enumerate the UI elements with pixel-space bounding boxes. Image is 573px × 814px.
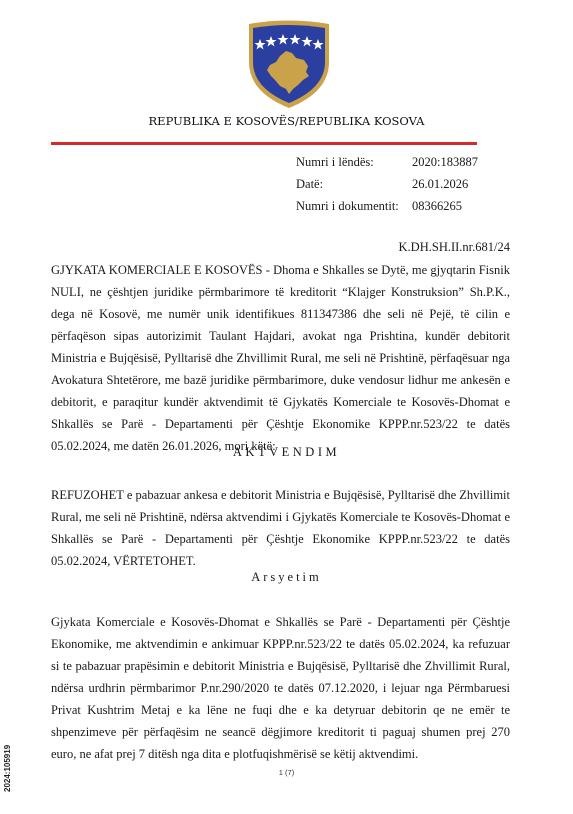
side-document-stamp: 2024:105919	[3, 745, 12, 792]
document-number-label: Numri i dokumentit:	[296, 199, 412, 221]
date-row: Datë: 26.01.2026	[296, 177, 478, 199]
date-label: Datë:	[296, 177, 412, 199]
reasoning-heading: Arsyetim	[0, 570, 573, 585]
case-metadata: Numri i lëndës: 2020:183887 Datë: 26.01.…	[296, 155, 478, 221]
republic-header-title: REPUBLIKA E KOSOVËS/REPUBLIKA KOSOVA	[0, 114, 573, 128]
page-number: 1 (7)	[0, 768, 573, 777]
document-number-value: 08366265	[412, 199, 462, 221]
reasoning-paragraph: Gjykata Komerciale e Kosovës-Dhomat e Sh…	[51, 611, 510, 765]
decision-paragraph: REFUZOHET e pabazuar ankesa e debitorit …	[51, 484, 510, 572]
case-number-value: 2020:183887	[412, 155, 478, 177]
date-value: 26.01.2026	[412, 177, 468, 199]
document-number-row: Numri i dokumentit: 08366265	[296, 199, 478, 221]
case-reference: K.DH.SH.II.nr.681/24	[399, 240, 510, 255]
header-divider	[51, 142, 477, 145]
case-number-label: Numri i lëndës:	[296, 155, 412, 177]
intro-paragraph: GJYKATA KOMERCIALE E KOSOVËS - Dhoma e S…	[51, 259, 510, 457]
decision-heading: AKTVENDIM	[0, 445, 573, 460]
kosovo-coat-of-arms-icon	[246, 18, 332, 110]
case-number-row: Numri i lëndës: 2020:183887	[296, 155, 478, 177]
